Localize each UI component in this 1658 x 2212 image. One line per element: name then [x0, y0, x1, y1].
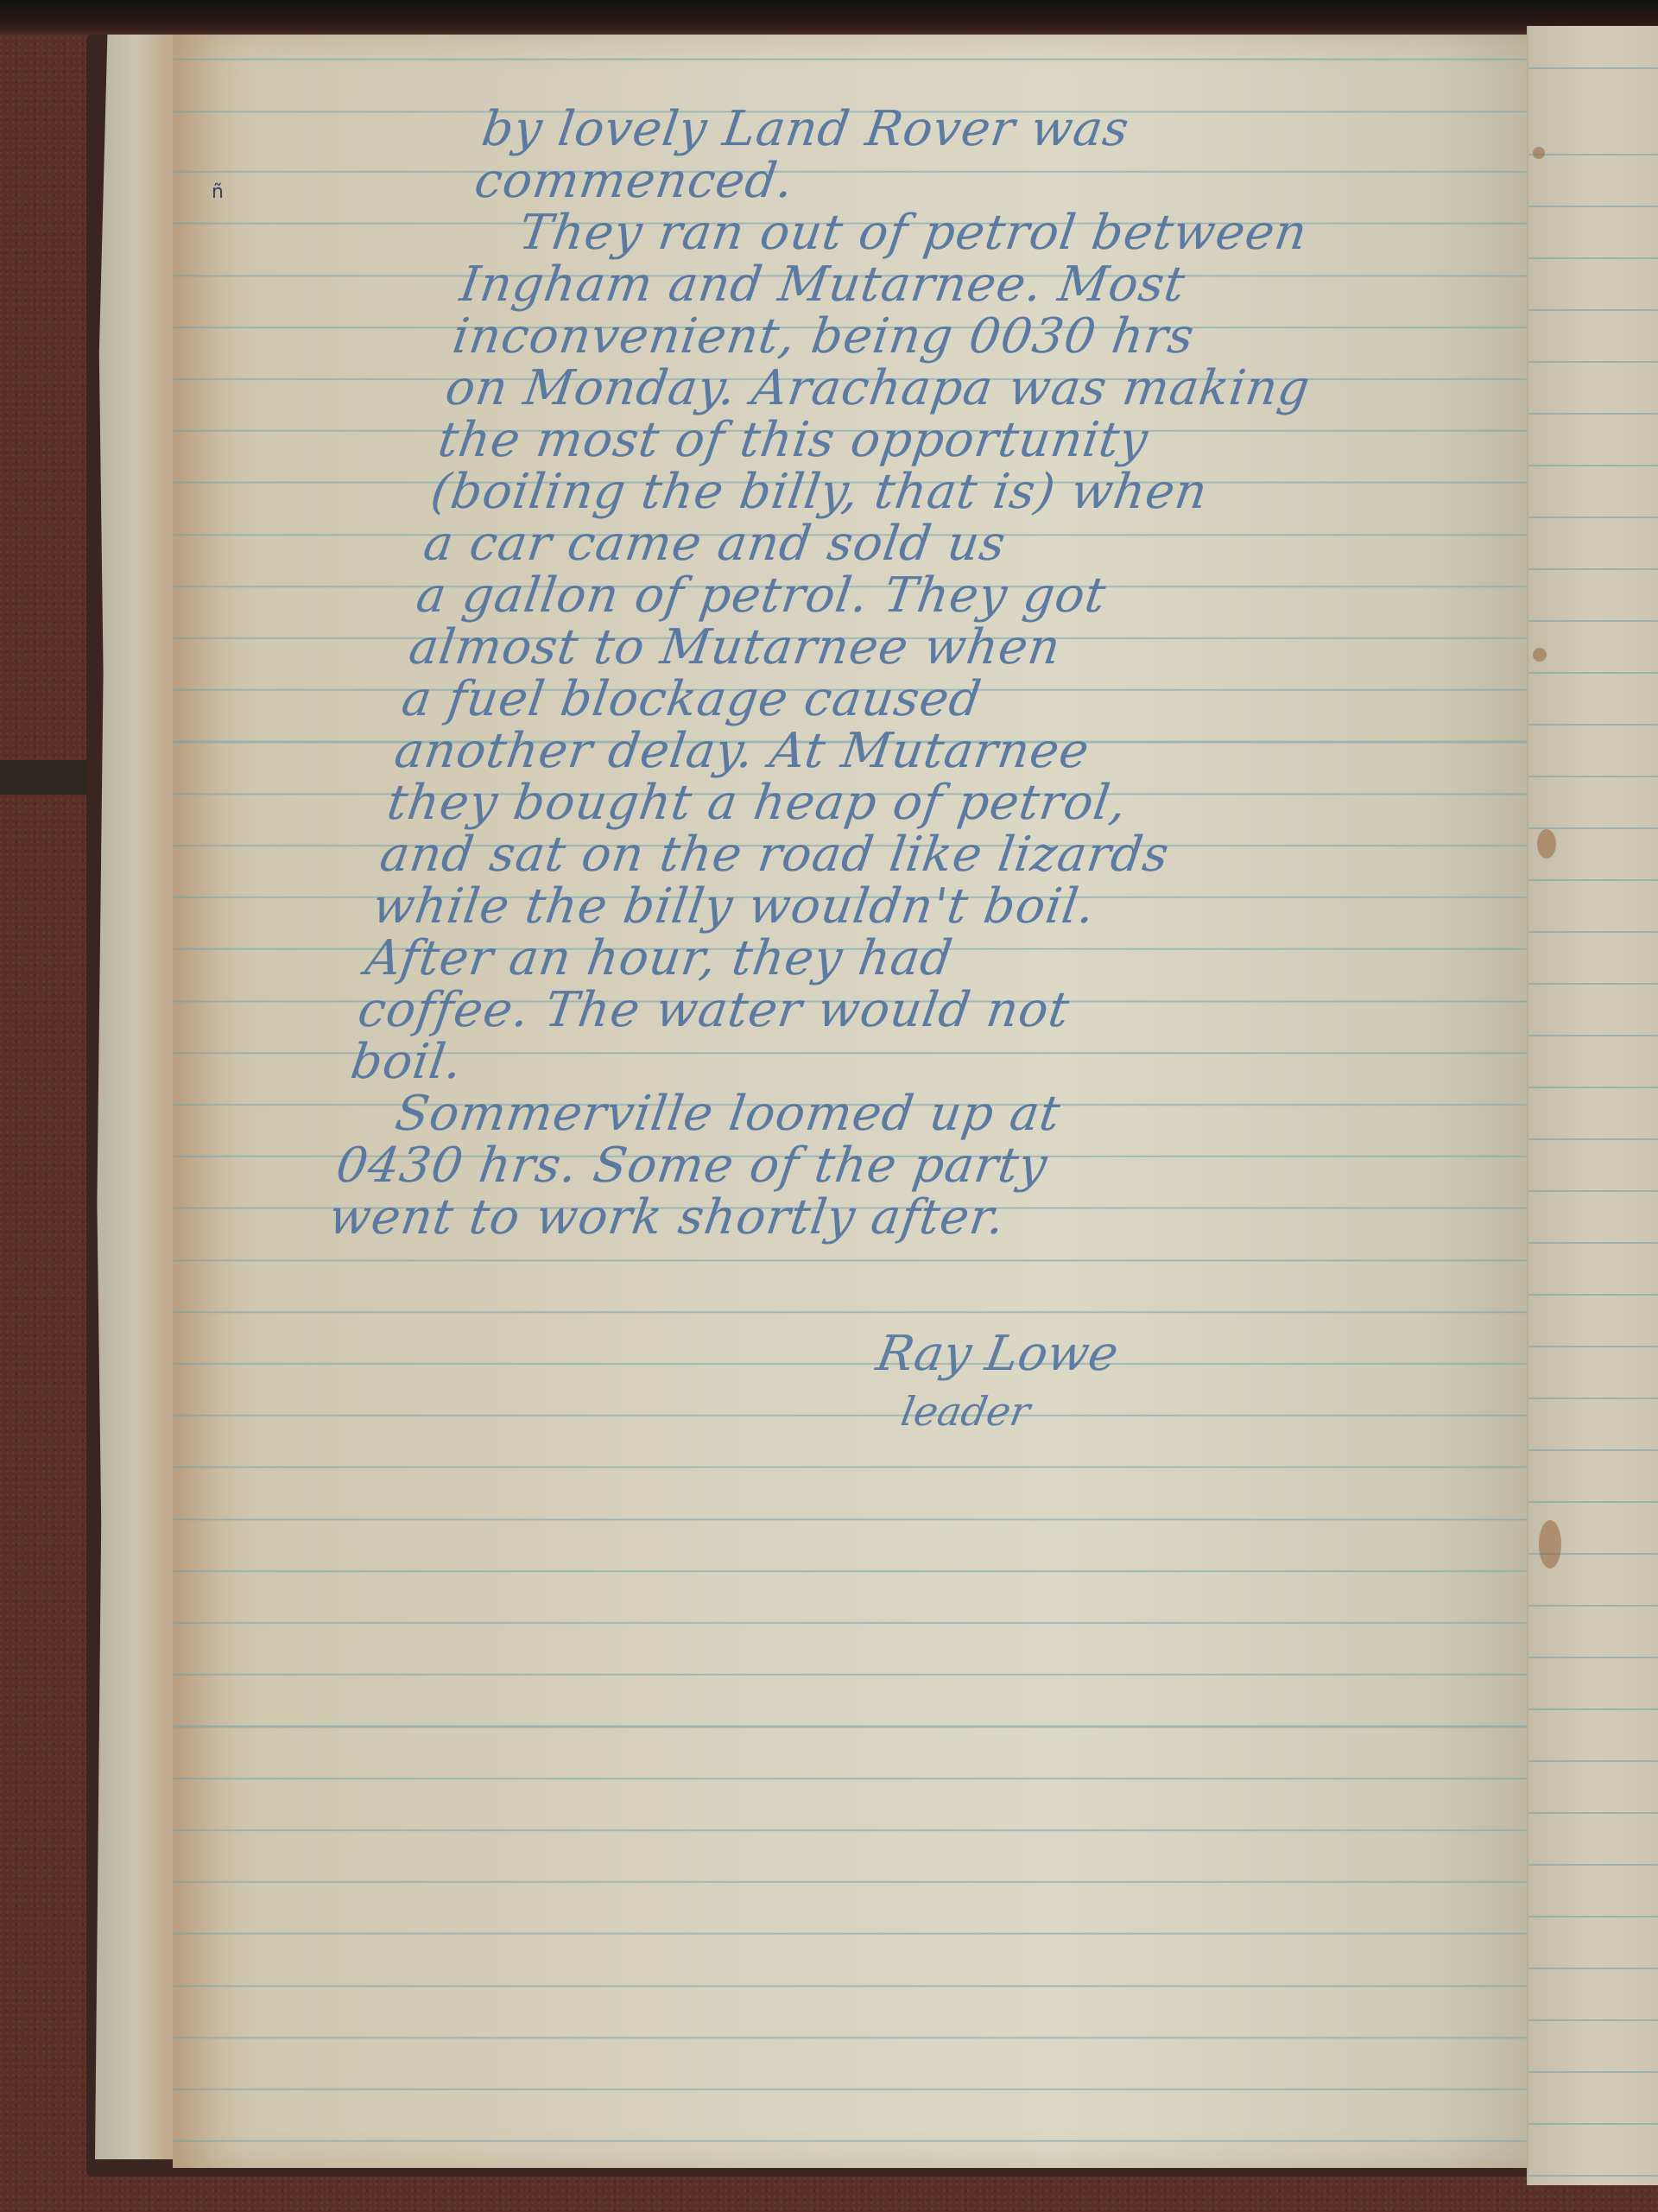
- signature-name: Ray Lowe: [872, 1326, 1123, 1382]
- text-line: the most of this opportunity: [435, 415, 1539, 466]
- text-line: 0430 hrs. Some of the party: [333, 1140, 1437, 1192]
- text-line: and sat on the road like lizards: [377, 829, 1480, 881]
- text-line: another delay. At Mutarnee: [391, 726, 1495, 777]
- text-line: by lovely Land Rover was: [478, 104, 1582, 155]
- text-line: on Monday. Arachapa was making: [442, 363, 1546, 415]
- text-line: coffee. The water would not: [355, 985, 1459, 1036]
- text-line: a gallon of petrol. They got: [413, 570, 1516, 622]
- handwritten-text: by lovely Land Rover was commenced. They…: [326, 104, 1583, 1244]
- text-line: while the billy wouldn't boil.: [370, 881, 1473, 933]
- text-line: went to work shortly after.: [326, 1192, 1429, 1244]
- page-stain: [1537, 829, 1556, 859]
- text-line: Sommerville loomed up at: [340, 1088, 1444, 1140]
- text-line: they bought a heap of petrol,: [384, 777, 1488, 829]
- text-line: Ingham and Mutarnee. Most: [457, 259, 1560, 311]
- signature-block: Ray Lowe leader: [862, 1326, 1123, 1440]
- top-dark-edge: [0, 0, 1658, 35]
- text-line: boil.: [348, 1036, 1452, 1088]
- text-line: After an hour, they had: [362, 933, 1465, 985]
- text-line: a fuel blockage caused: [399, 674, 1503, 726]
- page-stain: [1533, 648, 1547, 662]
- text-line: inconvenient, being 0030 hrs: [450, 311, 1554, 363]
- text-line: They ran out of petrol between: [464, 207, 1567, 259]
- margin-mark: ñ: [212, 181, 224, 203]
- page-stain: [1539, 1520, 1561, 1569]
- text-line: almost to Mutarnee when: [406, 622, 1509, 674]
- text-line: commenced.: [471, 155, 1575, 207]
- signature-title: leader: [862, 1383, 1112, 1440]
- text-line: a car came and sold us: [421, 518, 1524, 570]
- text-line: (boiling the billy, that is) when: [427, 466, 1531, 518]
